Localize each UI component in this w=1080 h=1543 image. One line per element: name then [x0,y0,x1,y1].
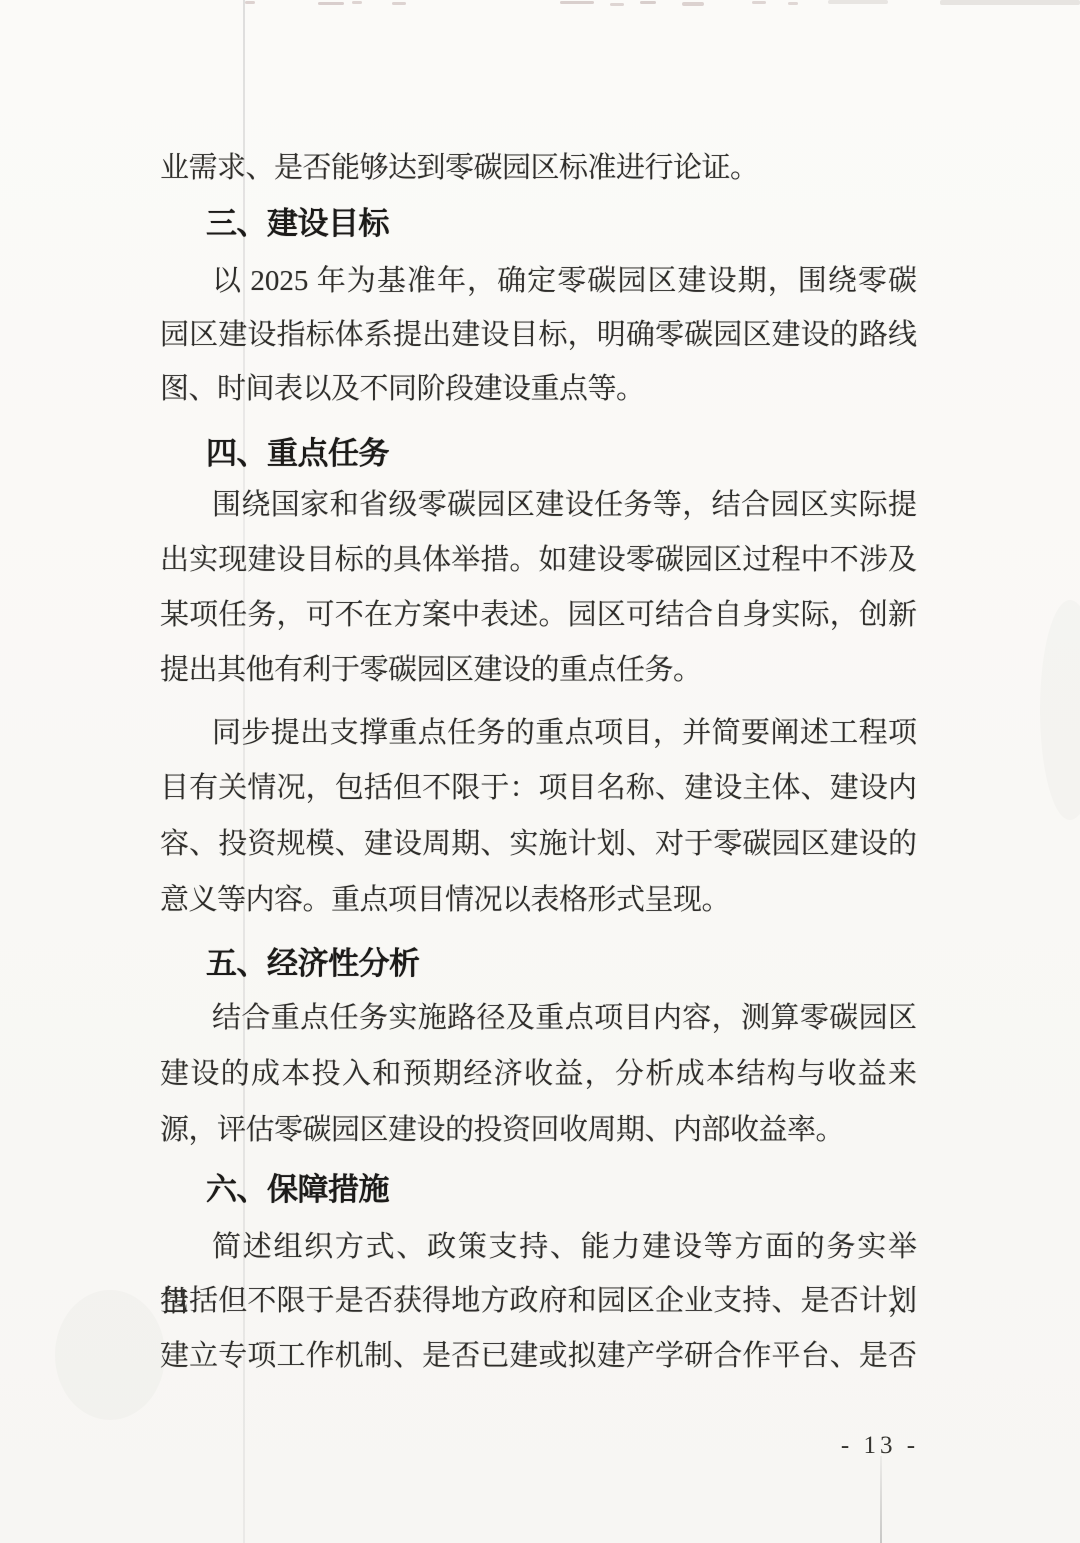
body-text-line: 围绕国家和省级零碳园区建设任务等，结合园区实际提 [160,478,917,533]
section-heading: 五、经济性分析 [160,936,963,991]
scan-artifact [940,0,1080,5]
body-text-line: 简述组织方式、政策支持、能力建设等方面的务实举措， [160,1220,917,1275]
page-number: - 13 - [828,1430,932,1462]
scan-artifact [560,1,594,4]
scan-crease-line [880,1456,882,1543]
section-heading: 六、保障措施 [160,1162,963,1217]
scan-artifact [318,2,344,5]
scan-artifact [788,2,798,5]
body-text-line: 图、时间表以及不同阶段建设重点等。 [160,362,917,417]
body-text-line: 结合重点任务实施路径及重点项目内容，测算零碳园区 [160,991,917,1046]
section-heading: 三、建设目标 [160,196,963,251]
body-text-line: 业需求、是否能够达到零碳园区标准进行论证。 [160,141,917,196]
body-text-line: 出实现建设目标的具体举措。如建设零碳园区过程中不涉及 [160,533,917,588]
body-text-line: 源，评估零碳园区建设的投资回收周期、内部收益率。 [160,1103,917,1158]
scan-shadow [1040,600,1080,820]
body-text-line: 同步提出支撑重点任务的重点项目，并简要阐述工程项 [160,706,917,761]
body-text-line: 包括但不限于是否获得地方政府和园区企业支持、是否计划 [160,1274,917,1329]
body-text-line: 建设的成本投入和预期经济收益，分析成本结构与收益来 [160,1047,917,1102]
body-text-line: 某项任务，可不在方案中表述。园区可结合自身实际，创新 [160,588,917,643]
body-text-line: 目有关情况，包括但不限于：项目名称、建设主体、建设内 [160,761,917,816]
body-text-line: 意义等内容。重点项目情况以表格形式呈现。 [160,873,917,928]
scan-artifact [392,2,406,5]
scan-artifact [352,1,362,4]
scan-artifact [610,3,624,6]
body-text-line: 提出其他有利于零碳园区建设的重点任务。 [160,643,917,698]
scan-artifact [828,0,888,4]
scan-shadow [55,1290,165,1420]
body-text-line: 以 2025 年为基准年，确定零碳园区建设期，围绕零碳 [160,254,917,309]
body-text-line: 园区建设指标体系提出建设目标，明确零碳园区建设的路线 [160,308,917,363]
scan-artifact [245,1,255,4]
section-heading: 四、重点任务 [160,426,963,481]
scan-artifact [640,1,656,4]
body-text-line: 建立专项工作机制、是否已建或拟建产学研合作平台、是否 [160,1329,917,1384]
scan-artifact [752,1,766,4]
document-page: 业需求、是否能够达到零碳园区标准进行论证。 三、建设目标 以 2025 年为基准… [0,0,1080,1543]
body-text-line: 容、投资规模、建设周期、实施计划、对于零碳园区建设的 [160,817,917,872]
scan-artifact [682,2,704,6]
